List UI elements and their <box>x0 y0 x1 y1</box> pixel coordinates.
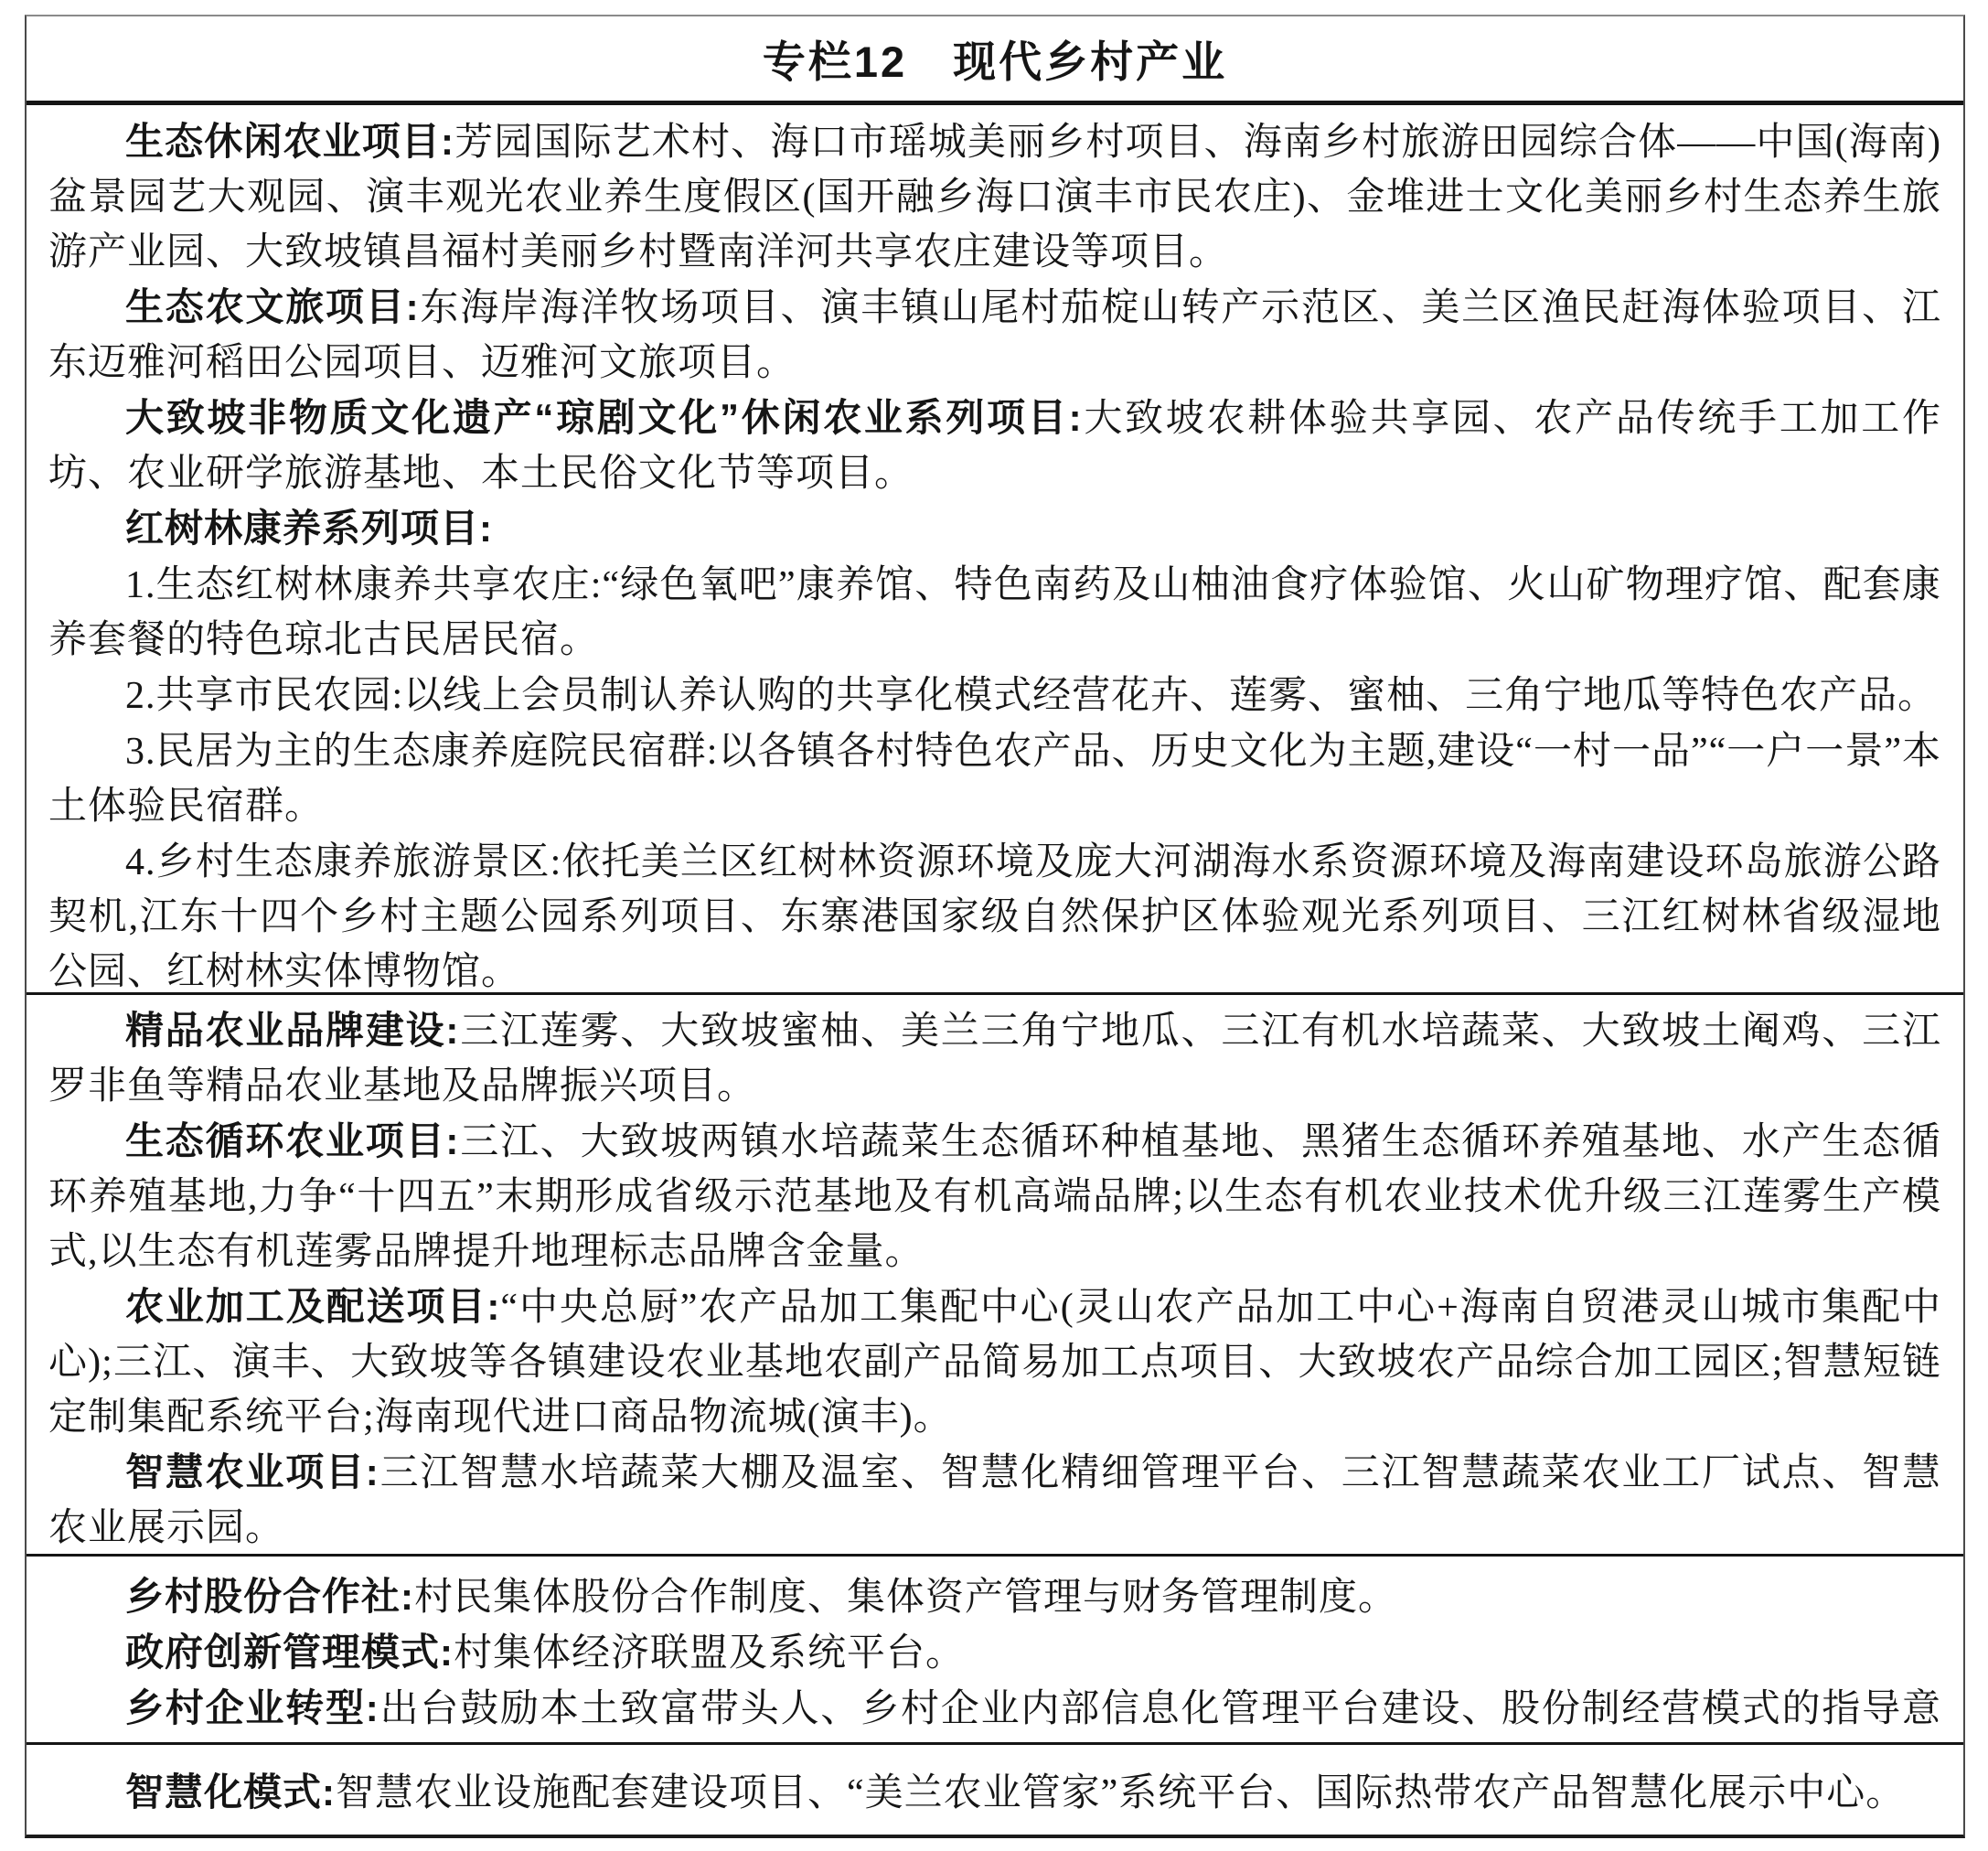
paragraph: 农业加工及配送项目:“中央总厨”农产品加工集配中心(灵山农产品加工中心+海南自贸… <box>48 1279 1941 1445</box>
paragraph-label: 生态循环农业项目: <box>125 1119 459 1162</box>
paragraph-text: 智慧农业设施配套建设项目、“美兰农业管家”系统平台、国际热带农产品智慧化展示中心… <box>336 1772 1905 1814</box>
paragraph: 乡村企业转型:出台鼓励本土致富带头人、乡村企业内部信息化管理平台建设、股份制经营… <box>48 1681 1941 1742</box>
title-row: 专栏12 现代乡村产业 <box>27 16 1963 105</box>
paragraph-label: 生态农文旅项目: <box>125 285 420 328</box>
column-12-box: 专栏12 现代乡村产业 生态休闲农业项目:芳园国际艺术村、海口市瑶城美丽乡村项目… <box>25 15 1965 1838</box>
paragraph: 生态循环农业项目:三江、大致坡两镇水培蔬菜生态循环种植基地、黑猪生态循环养殖基地… <box>48 1114 1941 1279</box>
section-brand-and-processing: 精品农业品牌建设:三江莲雾、大致坡蜜柚、美兰三角宁地瓜、三江有机水培蔬菜、大致坡… <box>27 992 1963 1554</box>
paragraph: 生态农文旅项目:东海岸海洋牧场项目、演丰镇山尾村茄椗山转产示范区、美兰区渔民赶海… <box>48 280 1941 391</box>
paragraph: 政府创新管理模式:村集体经济联盟及系统平台。 <box>48 1625 1941 1681</box>
paragraph-text: 2.共享市民农园:以线上会员制认养认购的共享化模式经营花卉、莲雾、蜜柚、三角宁地… <box>125 675 1937 717</box>
paragraph-label: 政府创新管理模式: <box>125 1631 454 1674</box>
paragraph-label: 精品农业品牌建设: <box>125 1009 459 1052</box>
paragraph: 乡村股份合作社:村民集体股份合作制度、集体资产管理与财务管理制度。 <box>48 1569 1941 1625</box>
paragraph-text: 1.生态红树林康养共享农庄:“绿色氧吧”康养馆、特色南药及山柚油食疗体验馆、火山… <box>48 564 1941 661</box>
paragraph: 3.民居为主的生态康养庭院民宿群:以各镇各村特色农产品、历史文化为主题,建设“一… <box>48 723 1941 834</box>
paragraph: 智慧化模式:智慧农业设施配套建设项目、“美兰农业管家”系统平台、国际热带农产品智… <box>48 1765 1941 1821</box>
paragraph-label: 大致坡非物质文化遗产“琼剧文化”休闲农业系列项目: <box>125 396 1083 439</box>
paragraph: 智慧农业项目:三江智慧水培蔬菜大棚及温室、智慧化精细管理平台、三江智慧蔬菜农业工… <box>48 1445 1941 1554</box>
paragraph-label: 红树林康养系列项目: <box>125 507 493 550</box>
paragraph-text: 村民集体股份合作制度、集体资产管理与财务管理制度。 <box>414 1577 1397 1619</box>
paragraph: 1.生态红树林康养共享农庄:“绿色氧吧”康养馆、特色南药及山柚油食疗体验馆、火山… <box>48 557 1941 668</box>
paragraph-text: 4.乡村生态康养旅游景区:依托美兰区红树林资源环境及庞大河湖海水系资源环境及海南… <box>48 841 1941 992</box>
section-governance-models: 乡村股份合作社:村民集体股份合作制度、集体资产管理与财务管理制度。 政府创新管理… <box>27 1554 1963 1742</box>
paragraph-text: 村集体经济联盟及系统平台。 <box>454 1632 965 1674</box>
paragraph-label: 生态休闲农业项目: <box>125 120 454 163</box>
paragraph-label: 乡村企业转型: <box>125 1686 379 1729</box>
paragraph: 2.共享市民农园:以线上会员制认养认购的共享化模式经营花卉、莲雾、蜜柚、三角宁地… <box>48 668 1941 723</box>
paragraph: 4.乡村生态康养旅游景区:依托美兰区红树林资源环境及庞大河湖海水系资源环境及海南… <box>48 834 1941 992</box>
paragraph-text: 3.民居为主的生态康养庭院民宿群:以各镇各村特色农产品、历史文化为主题,建设“一… <box>48 731 1941 828</box>
paragraph-label: 农业加工及配送项目: <box>125 1285 500 1328</box>
section-smart-mode: 智慧化模式:智慧农业设施配套建设项目、“美兰农业管家”系统平台、国际热带农产品智… <box>27 1742 1963 1821</box>
paragraph: 红树林康养系列项目: <box>48 501 1941 557</box>
paragraph: 大致坡非物质文化遗产“琼剧文化”休闲农业系列项目:大致坡农耕体验共享园、农产品传… <box>48 391 1941 501</box>
paragraph-label: 智慧农业项目: <box>125 1450 379 1493</box>
page-title: 专栏12 现代乡村产业 <box>763 28 1227 90</box>
paragraph: 生态休闲农业项目:芳园国际艺术村、海口市瑶城美丽乡村项目、海南乡村旅游田园综合体… <box>48 114 1941 280</box>
paragraph-label: 乡村股份合作社: <box>125 1575 414 1618</box>
paragraph: 精品农业品牌建设:三江莲雾、大致坡蜜柚、美兰三角宁地瓜、三江有机水培蔬菜、大致坡… <box>48 1003 1941 1114</box>
paragraph-label: 智慧化模式: <box>125 1771 336 1814</box>
section-eco-leisure-and-wellness: 生态休闲农业项目:芳园国际艺术村、海口市瑶城美丽乡村项目、海南乡村旅游田园综合体… <box>27 105 1963 992</box>
